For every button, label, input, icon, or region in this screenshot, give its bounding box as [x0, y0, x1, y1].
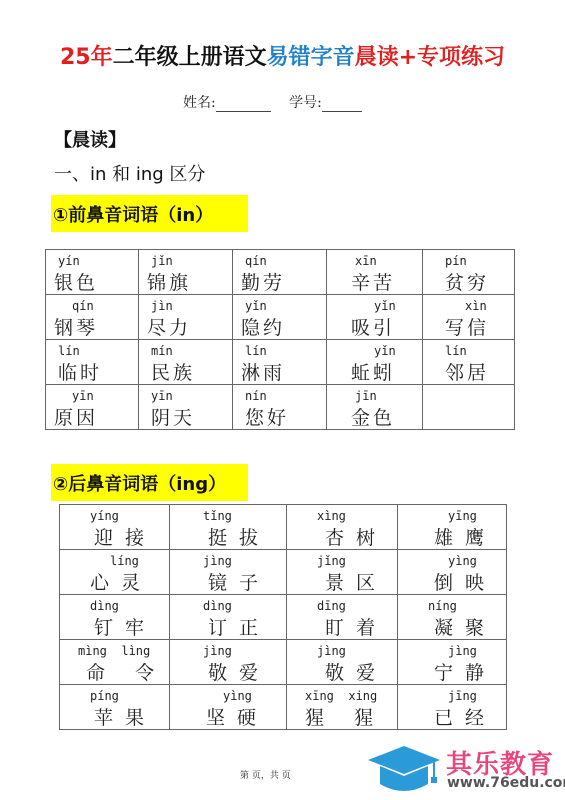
word-characters: 景 区: [325, 568, 378, 595]
pinyin: xīn: [355, 254, 377, 268]
word-characters: 杏 树: [325, 523, 378, 550]
table-row: mìng lìng命 令jìng敬 爱jìng敬 爱jìng宁 静: [60, 640, 507, 685]
word-cell: yíng迎 接: [60, 505, 170, 550]
pinyin: yíng: [90, 509, 119, 523]
word-characters: 宁 静: [434, 658, 487, 685]
pinyin: jǐng: [317, 554, 346, 568]
word-cell: dìng钉 牢: [60, 595, 170, 640]
title-grade: 二年级上册语文: [113, 45, 267, 70]
subsection-ing-heading: ②后鼻音词语（ing）: [51, 464, 248, 501]
word-cell: líng心 灵: [60, 550, 170, 595]
word-characters: 勤劳: [241, 268, 285, 295]
word-cell: jìng宁 静: [398, 640, 507, 685]
word-cell: yīn原因: [46, 385, 139, 430]
pinyin: yín: [58, 254, 80, 268]
word-characters: 淋雨: [241, 358, 285, 385]
word-characters: 您好: [245, 403, 289, 430]
word-characters: 邻居: [445, 358, 489, 385]
pinyin: xìng: [317, 509, 346, 523]
pinyin: jìng: [203, 554, 232, 568]
word-characters: 钉 牢: [94, 613, 147, 640]
word-characters: 银色: [54, 268, 98, 295]
word-characters: 敬 爱: [325, 658, 378, 685]
word-cell: lín临时: [46, 340, 139, 385]
pinyin: qín: [72, 299, 94, 313]
brand-url[interactable]: www.76edu.com: [447, 775, 565, 791]
page-footer: 第 页，共 页: [240, 768, 291, 781]
word-cell: xìn写信: [423, 295, 515, 340]
word-characters: 金色: [351, 403, 395, 430]
pinyin: yǐn: [374, 299, 396, 313]
pinyin: yǐn: [374, 344, 396, 358]
word-cell: jīng已 经: [398, 685, 507, 730]
pinyin: líng: [110, 554, 139, 568]
table-row: dìng钉 牢dìng订 正dīng盯 着níng凝 聚: [60, 595, 507, 640]
pinyin: yīn: [151, 389, 173, 403]
title-topic: 易错字音: [267, 45, 355, 70]
name-blank[interactable]: [216, 93, 271, 112]
table-row: líng心 灵jìng镜 子jǐng景 区yìng倒 映: [60, 550, 507, 595]
word-characters: 凝 聚: [434, 613, 487, 640]
word-characters: 原因: [54, 403, 98, 430]
pinyin: yīng: [448, 509, 477, 523]
pinyin: píng: [90, 689, 119, 703]
pinyin: lín: [445, 344, 467, 358]
word-cell: xīng xing猩 猩: [287, 685, 398, 730]
pinyin: yǐn: [245, 299, 267, 313]
word-characters: 写信: [445, 313, 489, 340]
word-cell: jìng敬 爱: [170, 640, 287, 685]
pinyin: mìng lìng: [78, 644, 150, 658]
word-cell: tǐng挺 拔: [170, 505, 287, 550]
word-cell: dīng盯 着: [287, 595, 398, 640]
pinyin: dìng: [90, 599, 119, 613]
pinyin: nín: [245, 389, 267, 403]
word-cell: yìng坚 硬: [170, 685, 287, 730]
word-cell: [423, 385, 515, 430]
word-characters: 坚 硬: [206, 703, 259, 730]
pinyin: lín: [58, 344, 80, 358]
word-characters: 贫穷: [445, 268, 489, 295]
student-info: 姓名: 学号:: [183, 92, 362, 112]
pinyin: xìn: [465, 299, 487, 313]
word-characters: 挺 拔: [208, 523, 261, 550]
word-cell: píng苹 果: [60, 685, 170, 730]
pinyin: níng: [428, 599, 457, 613]
word-cell: xìng杏 树: [287, 505, 398, 550]
pinyin: jìng: [317, 644, 346, 658]
pinyin: yìng: [223, 689, 252, 703]
table-row: qín钢琴jìn尽力yǐn隐约yǐn吸引xìn写信: [46, 295, 515, 340]
word-cell: jìng镜 子: [170, 550, 287, 595]
pinyin: dìng: [203, 599, 232, 613]
pinyin: yìng: [448, 554, 477, 568]
word-cell: qín勤劳: [233, 250, 327, 295]
word-cell: yìng倒 映: [398, 550, 507, 595]
section-heading: 一、in 和 ing 区分: [54, 160, 205, 186]
table-row: yíng迎 接tǐng挺 拔xìng杏 树yīng雄 鹰: [60, 505, 507, 550]
word-characters: 民族: [151, 358, 195, 385]
morning-reading-heading: 【晨读】: [54, 126, 126, 152]
word-characters: 敬 爱: [208, 658, 261, 685]
pinyin: mín: [151, 344, 173, 358]
word-characters: 订 正: [208, 613, 261, 640]
word-cell: mín民族: [139, 340, 233, 385]
pinyin: jǐn: [151, 254, 173, 268]
subsection-ing-label: ②后鼻音词语（ing）: [53, 470, 226, 496]
word-cell: jīn金色: [327, 385, 423, 430]
word-characters: 苹 果: [94, 703, 147, 730]
subsection-in-label: ①前鼻音词语（in）: [53, 201, 213, 227]
table-row: yīn原因yīn阴天nín您好jīn金色: [46, 385, 515, 430]
pinyin: jìng: [203, 644, 232, 658]
graduation-cap-icon: [366, 744, 444, 796]
word-cell: dìng订 正: [170, 595, 287, 640]
word-characters: 锦旗: [147, 268, 191, 295]
word-characters: 猩 猩: [305, 703, 376, 730]
word-cell: xīn辛苦: [327, 250, 423, 295]
ing-words-table: yíng迎 接tǐng挺 拔xìng杏 树yīng雄 鹰líng心 灵jìng镜…: [59, 504, 507, 730]
pinyin: tǐng: [203, 509, 232, 523]
pinyin: lín: [245, 344, 267, 358]
word-cell: níng凝 聚: [398, 595, 507, 640]
word-characters: 倒 映: [434, 568, 487, 595]
word-cell: yǐn吸引: [327, 295, 423, 340]
pinyin: yīn: [72, 389, 94, 403]
word-cell: yīng雄 鹰: [398, 505, 507, 550]
word-characters: 盯 着: [325, 613, 378, 640]
word-characters: 蚯蚓: [351, 358, 395, 385]
word-characters: 辛苦: [351, 268, 395, 295]
pinyin: jīn: [355, 389, 377, 403]
title-year: 25年: [60, 45, 113, 70]
word-cell: jǐn锦旗: [139, 250, 233, 295]
name-label: 姓名:: [183, 95, 216, 111]
table-row: lín临时mín民族lín淋雨yǐn蚯蚓lín邻居: [46, 340, 515, 385]
word-cell: jìn尽力: [139, 295, 233, 340]
word-characters: 隐约: [241, 313, 285, 340]
word-characters: 命 令: [86, 658, 157, 685]
word-cell: pín贫穷: [423, 250, 515, 295]
word-cell: lín邻居: [423, 340, 515, 385]
word-cell: qín钢琴: [46, 295, 139, 340]
word-cell: yīn阴天: [139, 385, 233, 430]
id-label: 学号:: [289, 95, 322, 111]
table-row: píng苹 果yìng坚 硬xīng xing猩 猩jīng已 经: [60, 685, 507, 730]
subsection-in-heading: ①前鼻音词语（in）: [51, 195, 248, 232]
pinyin: qín: [245, 254, 267, 268]
word-cell: jìng敬 爱: [287, 640, 398, 685]
pinyin: jīng: [448, 689, 477, 703]
word-characters: 钢琴: [54, 313, 98, 340]
word-cell: yǐn隐约: [233, 295, 327, 340]
id-blank[interactable]: [322, 93, 362, 112]
word-cell: mìng lìng命 令: [60, 640, 170, 685]
word-characters: 临时: [58, 358, 102, 385]
in-words-table: yín银色jǐn锦旗qín勤劳xīn辛苦pín贫穷qín钢琴jìn尽力yǐn隐约…: [45, 249, 515, 430]
word-characters: 迎 接: [94, 523, 147, 550]
pinyin: jìn: [151, 299, 173, 313]
word-characters: 心 灵: [90, 568, 143, 595]
document-title: 25年二年级上册语文易错字音晨读+专项练习: [0, 40, 565, 71]
pinyin: pín: [445, 254, 467, 268]
brand-logo: 其乐教育 www.76edu.com: [366, 744, 561, 796]
word-cell: yín银色: [46, 250, 139, 295]
word-cell: lín淋雨: [233, 340, 327, 385]
word-characters: 雄 鹰: [434, 523, 487, 550]
pinyin: xīng xing: [305, 689, 377, 703]
pinyin: jìng: [448, 644, 477, 658]
word-characters: 尽力: [147, 313, 191, 340]
pinyin: dīng: [317, 599, 346, 613]
word-characters: 已 经: [434, 703, 487, 730]
word-cell: jǐng景 区: [287, 550, 398, 595]
word-cell: nín您好: [233, 385, 327, 430]
title-suffix: 晨读+专项练习: [355, 45, 505, 70]
word-cell: yǐn蚯蚓: [327, 340, 423, 385]
word-characters: 阴天: [151, 403, 195, 430]
table-row: yín银色jǐn锦旗qín勤劳xīn辛苦pín贫穷: [46, 250, 515, 295]
word-characters: 镜 子: [208, 568, 261, 595]
word-characters: 吸引: [351, 313, 395, 340]
